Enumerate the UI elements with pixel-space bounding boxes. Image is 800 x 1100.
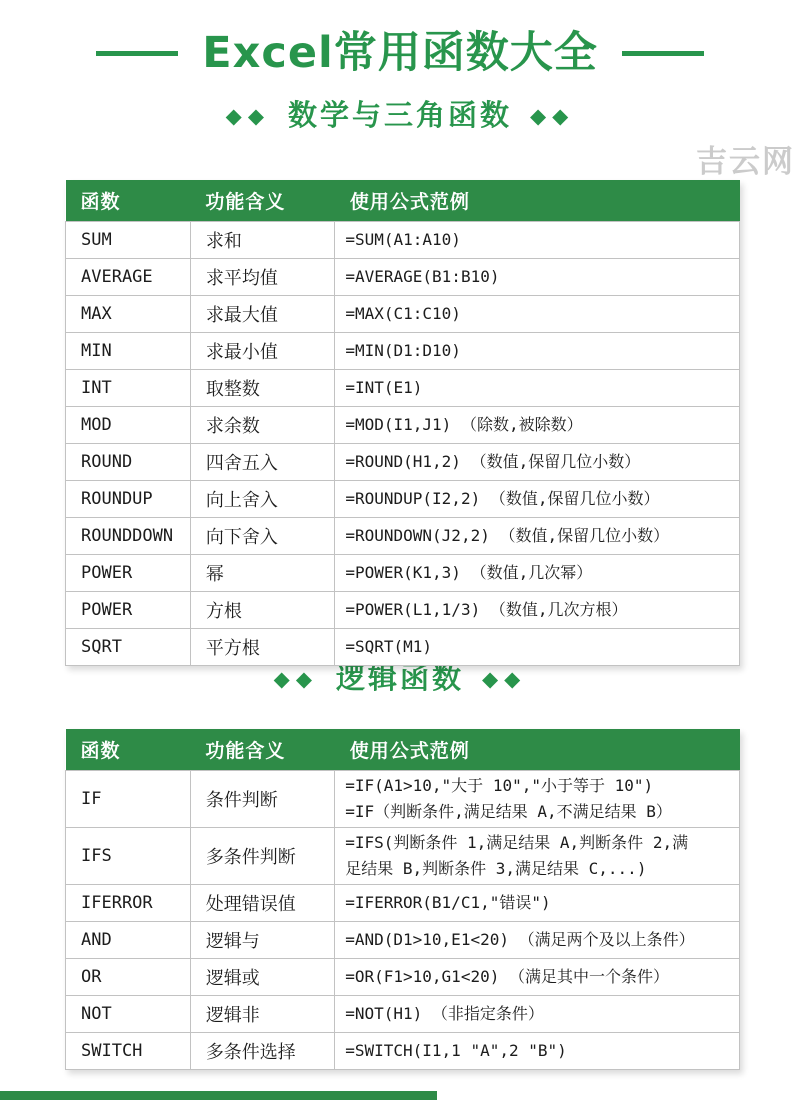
- table-row: ROUND四舍五入=ROUND(H1,2) （数值,保留几位小数）: [66, 444, 740, 481]
- formula-line: =OR(F1>10,G1<20) （满足其中一个条件）: [345, 964, 735, 990]
- page-title: Excel常用函数大全: [202, 30, 598, 77]
- formula-line: =MIN(D1:D10): [345, 338, 735, 364]
- function-name-cell: ROUNDDOWN: [66, 518, 191, 555]
- table-body: IF条件判断=IF(A1>10,"大于 10","小于等于 10")=IF（判断…: [66, 771, 740, 1070]
- diamond-icon: ◆◆: [530, 103, 574, 127]
- formula-example-cell: =AVERAGE(B1:B10): [335, 259, 740, 296]
- formula-line: =IF（判断条件,满足结果 A,不满足结果 B）: [345, 799, 735, 825]
- table-row: IFERROR处理错误值=IFERROR(B1/C1,"错误"): [66, 885, 740, 922]
- watermark: 吉云网: [696, 136, 795, 181]
- formula-example-cell: =AND(D1>10,E1<20) （满足两个及以上条件）: [335, 922, 740, 959]
- column-header-function: 函数: [66, 729, 191, 771]
- table-row: IF条件判断=IF(A1>10,"大于 10","小于等于 10")=IF（判断…: [66, 771, 740, 828]
- table-row: SQRT平方根=SQRT(M1): [66, 629, 740, 666]
- column-header-function: 函数: [66, 180, 191, 222]
- function-meaning-cell: 逻辑非: [190, 996, 334, 1033]
- formula-example-cell: =ROUNDOWN(J2,2) （数值,保留几位小数）: [335, 518, 740, 555]
- table-row: MIN求最小值=MIN(D1:D10): [66, 333, 740, 370]
- function-name-cell: AVERAGE: [66, 259, 191, 296]
- function-meaning-cell: 条件判断: [190, 771, 334, 828]
- function-name-cell: POWER: [66, 555, 191, 592]
- formula-line: =ROUND(H1,2) （数值,保留几位小数）: [345, 449, 735, 475]
- diamond-icon: ◆◆: [482, 666, 526, 690]
- formula-example-cell: =NOT(H1) （非指定条件）: [335, 996, 740, 1033]
- function-meaning-cell: 取整数: [190, 370, 334, 407]
- formula-line: =SQRT(M1): [345, 634, 735, 660]
- formula-line: =IFERROR(B1/C1,"错误"): [345, 890, 735, 916]
- title-rule-right: [622, 51, 704, 56]
- function-name-cell: SUM: [66, 222, 191, 259]
- formula-line: =NOT(H1) （非指定条件）: [345, 1001, 735, 1027]
- formula-line: =INT(E1): [345, 375, 735, 401]
- formula-example-cell: =INT(E1): [335, 370, 740, 407]
- table-row: POWER方根=POWER(L1,1/3) （数值,几次方根）: [66, 592, 740, 629]
- function-meaning-cell: 幂: [190, 555, 334, 592]
- table-row: ROUNDDOWN向下舍入=ROUNDOWN(J2,2) （数值,保留几位小数）: [66, 518, 740, 555]
- section-label: 数学与三角函数: [288, 98, 512, 133]
- formula-example-cell: =IFS(判断条件 1,满足结果 A,判断条件 2,满足结果 B,判断条件 3,…: [335, 828, 740, 885]
- function-meaning-cell: 求平均值: [190, 259, 334, 296]
- section-label: 逻辑函数: [336, 661, 464, 696]
- section-heading-logic: ◆◆ 逻辑函数 ◆◆: [0, 661, 800, 696]
- table-row: NOT逻辑非=NOT(H1) （非指定条件）: [66, 996, 740, 1033]
- function-name-cell: SWITCH: [66, 1033, 191, 1070]
- function-name-cell: ROUNDUP: [66, 481, 191, 518]
- formula-line: =MOD(I1,J1) （除数,被除数）: [345, 412, 735, 438]
- formula-example-cell: =SUM(A1:A10): [335, 222, 740, 259]
- function-name-cell: ROUND: [66, 444, 191, 481]
- table-body: SUM求和=SUM(A1:A10)AVERAGE求平均值=AVERAGE(B1:…: [66, 222, 740, 666]
- function-meaning-cell: 四舍五入: [190, 444, 334, 481]
- formula-example-cell: =MAX(C1:C10): [335, 296, 740, 333]
- table-row: INT取整数=INT(E1): [66, 370, 740, 407]
- function-meaning-cell: 多条件判断: [190, 828, 334, 885]
- function-meaning-cell: 求和: [190, 222, 334, 259]
- table-header-row: 函数 功能含义 使用公式范例: [66, 729, 740, 771]
- function-meaning-cell: 求最小值: [190, 333, 334, 370]
- function-meaning-cell: 逻辑或: [190, 959, 334, 996]
- formula-line: =SUM(A1:A10): [345, 227, 735, 253]
- table-row: AVERAGE求平均值=AVERAGE(B1:B10): [66, 259, 740, 296]
- table-row: IFS多条件判断=IFS(判断条件 1,满足结果 A,判断条件 2,满足结果 B…: [66, 828, 740, 885]
- page-title-row: Excel常用函数大全: [0, 30, 800, 77]
- infographic-page: Excel常用函数大全 吉云网 ◆◆ 数学与三角函数 ◆◆ 函数 功能含义 使用…: [0, 0, 800, 1100]
- formula-line: 足结果 B,判断条件 3,满足结果 C,...): [345, 856, 735, 882]
- formula-line: =POWER(L1,1/3) （数值,几次方根）: [345, 597, 735, 623]
- function-meaning-cell: 多条件选择: [190, 1033, 334, 1070]
- formula-example-cell: =MIN(D1:D10): [335, 333, 740, 370]
- function-name-cell: IFERROR: [66, 885, 191, 922]
- formula-example-cell: =SQRT(M1): [335, 629, 740, 666]
- formula-example-cell: =ROUNDUP(I2,2) （数值,保留几位小数）: [335, 481, 740, 518]
- formula-line: =MAX(C1:C10): [345, 301, 735, 327]
- function-name-cell: POWER: [66, 592, 191, 629]
- function-name-cell: MIN: [66, 333, 191, 370]
- table-row: MAX求最大值=MAX(C1:C10): [66, 296, 740, 333]
- table-row: OR逻辑或=OR(F1>10,G1<20) （满足其中一个条件）: [66, 959, 740, 996]
- formula-line: =ROUNDOWN(J2,2) （数值,保留几位小数）: [345, 523, 735, 549]
- function-name-cell: NOT: [66, 996, 191, 1033]
- table-header-row: 函数 功能含义 使用公式范例: [66, 180, 740, 222]
- table-row: AND逻辑与=AND(D1>10,E1<20) （满足两个及以上条件）: [66, 922, 740, 959]
- formula-line: =IFS(判断条件 1,满足结果 A,判断条件 2,满: [345, 830, 735, 856]
- function-meaning-cell: 求余数: [190, 407, 334, 444]
- formula-line: =SWITCH(I1,1 "A",2 "B"): [345, 1038, 735, 1064]
- formula-line: =POWER(K1,3) （数值,几次幂）: [345, 560, 735, 586]
- column-header-example: 使用公式范例: [335, 180, 740, 222]
- formula-example-cell: =POWER(L1,1/3) （数值,几次方根）: [335, 592, 740, 629]
- table-row: POWER幂=POWER(K1,3) （数值,几次幂）: [66, 555, 740, 592]
- function-name-cell: MOD: [66, 407, 191, 444]
- diamond-icon: ◆◆: [226, 103, 270, 127]
- formula-example-cell: =OR(F1>10,G1<20) （满足其中一个条件）: [335, 959, 740, 996]
- table-row: MOD求余数=MOD(I1,J1) （除数,被除数）: [66, 407, 740, 444]
- formula-line: =IF(A1>10,"大于 10","小于等于 10"): [345, 773, 735, 799]
- function-name-cell: IFS: [66, 828, 191, 885]
- function-meaning-cell: 方根: [190, 592, 334, 629]
- formula-example-cell: =ROUND(H1,2) （数值,保留几位小数）: [335, 444, 740, 481]
- formula-example-cell: =IFERROR(B1/C1,"错误"): [335, 885, 740, 922]
- function-name-cell: OR: [66, 959, 191, 996]
- table-row: SWITCH多条件选择=SWITCH(I1,1 "A",2 "B"): [66, 1033, 740, 1070]
- function-meaning-cell: 平方根: [190, 629, 334, 666]
- function-meaning-cell: 求最大值: [190, 296, 334, 333]
- diamond-icon: ◆◆: [274, 666, 318, 690]
- title-rule-left: [96, 51, 178, 56]
- formula-example-cell: =SWITCH(I1,1 "A",2 "B"): [335, 1033, 740, 1070]
- function-meaning-cell: 逻辑与: [190, 922, 334, 959]
- function-name-cell: INT: [66, 370, 191, 407]
- formula-line: =AND(D1>10,E1<20) （满足两个及以上条件）: [345, 927, 735, 953]
- table-row: SUM求和=SUM(A1:A10): [66, 222, 740, 259]
- section-heading-math: ◆◆ 数学与三角函数 ◆◆: [0, 98, 800, 133]
- function-name-cell: IF: [66, 771, 191, 828]
- formula-example-cell: =POWER(K1,3) （数值,几次幂）: [335, 555, 740, 592]
- formula-example-cell: =IF(A1>10,"大于 10","小于等于 10")=IF（判断条件,满足结…: [335, 771, 740, 828]
- table-row: ROUNDUP向上舍入=ROUNDUP(I2,2) （数值,保留几位小数）: [66, 481, 740, 518]
- function-name-cell: MAX: [66, 296, 191, 333]
- formula-example-cell: =MOD(I1,J1) （除数,被除数）: [335, 407, 740, 444]
- footer-accent-bar: [0, 1091, 437, 1100]
- logic-functions-table: 函数 功能含义 使用公式范例 IF条件判断=IF(A1>10,"大于 10","…: [65, 729, 740, 1070]
- formula-line: =ROUNDUP(I2,2) （数值,保留几位小数）: [345, 486, 735, 512]
- function-name-cell: SQRT: [66, 629, 191, 666]
- formula-line: =AVERAGE(B1:B10): [345, 264, 735, 290]
- math-functions-table: 函数 功能含义 使用公式范例 SUM求和=SUM(A1:A10)AVERAGE求…: [65, 180, 740, 666]
- column-header-meaning: 功能含义: [190, 729, 334, 771]
- function-meaning-cell: 向上舍入: [190, 481, 334, 518]
- function-meaning-cell: 向下舍入: [190, 518, 334, 555]
- function-name-cell: AND: [66, 922, 191, 959]
- function-meaning-cell: 处理错误值: [190, 885, 334, 922]
- column-header-example: 使用公式范例: [335, 729, 740, 771]
- column-header-meaning: 功能含义: [190, 180, 334, 222]
